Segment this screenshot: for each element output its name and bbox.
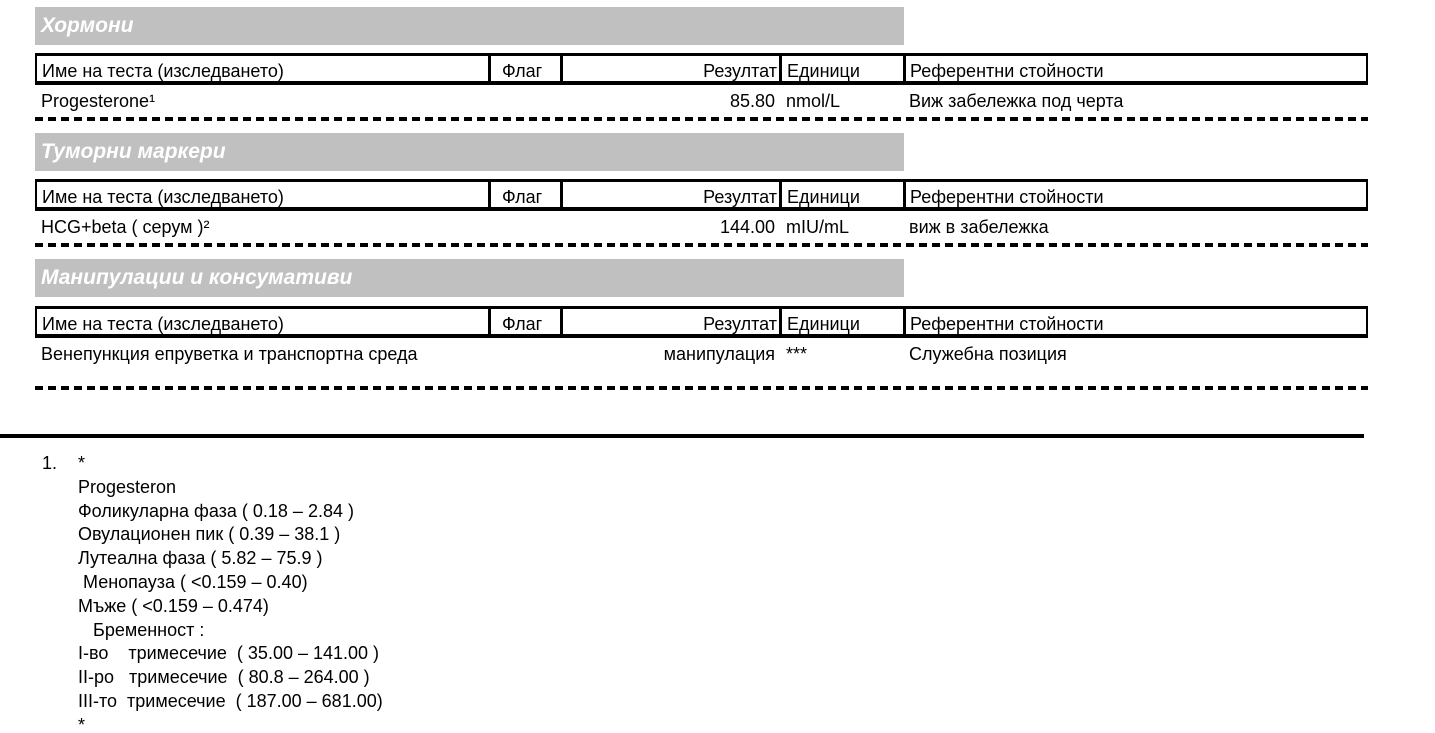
footnote-line: Мъже ( <0.159 – 0.474) xyxy=(78,595,383,619)
test-reference: виж в забележка xyxy=(909,215,1049,239)
footnote-line: I-во тримесечие ( 35.00 – 141.00 ) xyxy=(78,642,383,666)
test-reference: Служебна позиция xyxy=(909,342,1067,366)
column-header-units: Единици xyxy=(787,56,860,81)
column-header-name: Име на теста (изследването) xyxy=(42,182,284,207)
test-units: nmol/L xyxy=(786,89,840,113)
test-units: *** xyxy=(786,342,807,366)
column-header-units: Единици xyxy=(787,309,860,334)
section-title-tumor-markers: Туморни маркери xyxy=(35,133,904,171)
row-divider xyxy=(35,243,1368,247)
footnote-line: Бременност : xyxy=(78,619,383,643)
footnote-line: III-то тримесечие ( 187.00 – 681.00) xyxy=(78,690,383,714)
section-title-procedures: Манипулации и консумативи xyxy=(35,259,904,297)
test-name: Progesterone¹ xyxy=(41,89,461,113)
column-header-result: Резултат xyxy=(562,182,777,207)
column-header-flag: Флаг xyxy=(502,309,562,334)
column-header-flag: Флаг xyxy=(502,182,562,207)
column-header-name: Име на теста (изследването) xyxy=(42,309,284,334)
test-result: 85.80 xyxy=(560,89,775,113)
column-header-units: Единици xyxy=(787,182,860,207)
column-header-flag: Флаг xyxy=(502,56,562,81)
footnote-separator xyxy=(0,434,1364,438)
column-header-reference: Референтни стойности xyxy=(910,56,1104,81)
footnote-line: II-ро тримесечие ( 80.8 – 264.00 ) xyxy=(78,666,383,690)
column-header-result: Резултат xyxy=(562,56,777,81)
test-result: 144.00 xyxy=(560,215,775,239)
column-header-result: Резултат xyxy=(562,309,777,334)
footnote-line: * xyxy=(78,714,383,733)
test-reference: Виж забележка под черта xyxy=(909,89,1123,113)
footnote-line: Овулационен пик ( 0.39 – 38.1 ) xyxy=(78,523,383,547)
column-header-reference: Референтни стойности xyxy=(910,309,1104,334)
footnote-line: Фоликуларна фаза ( 0.18 – 2.84 ) xyxy=(78,500,383,524)
footnote-number: 1. xyxy=(42,452,57,476)
footnote-line: * xyxy=(78,452,383,476)
table-header: Име на теста (изследването) Флаг Резулта… xyxy=(35,306,1368,338)
test-result: манипулация xyxy=(560,342,775,366)
footnote-text: *ProgesteronФоликуларна фаза ( 0.18 – 2.… xyxy=(78,452,383,733)
row-divider xyxy=(35,117,1368,121)
footnote-line: Progesteron xyxy=(78,476,383,500)
table-header: Име на теста (изследването) Флаг Резулта… xyxy=(35,179,1368,211)
table-header: Име на теста (изследването) Флаг Резулта… xyxy=(35,53,1368,85)
test-name: HCG+beta ( серум )² xyxy=(41,215,461,239)
column-header-reference: Референтни стойности xyxy=(910,182,1104,207)
test-units: mIU/mL xyxy=(786,215,849,239)
footnote-line: Менопауза ( <0.159 – 0.40) xyxy=(78,571,383,595)
column-header-name: Име на теста (изследването) xyxy=(42,56,284,81)
test-name: Венепункция епруветка и транспортна сред… xyxy=(41,342,461,366)
row-divider xyxy=(35,386,1368,390)
footnote-line: Лутеална фаза ( 5.82 – 75.9 ) xyxy=(78,547,383,571)
section-title-hormones: Хормони xyxy=(35,7,904,45)
